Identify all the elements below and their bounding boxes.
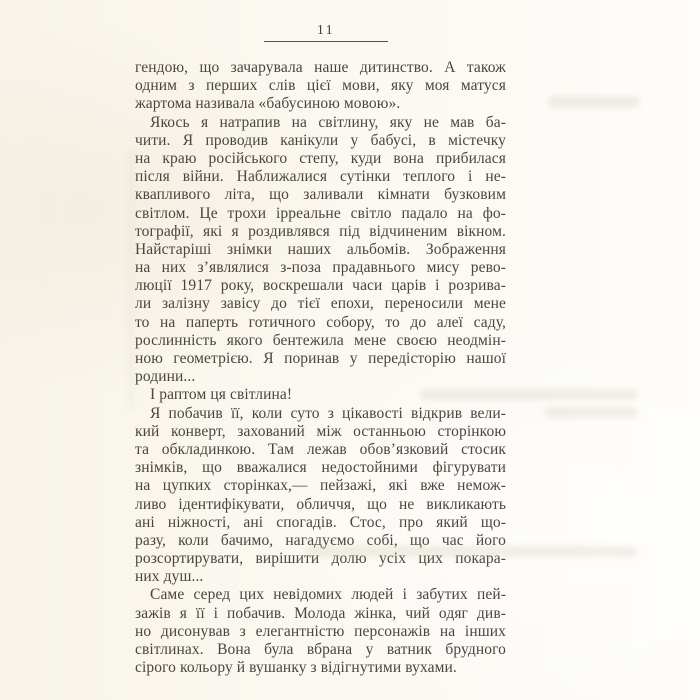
print-showthrough-artifact <box>545 407 638 418</box>
header-rule <box>264 41 388 42</box>
text-line: Саме серед цих невідомих людей і забутих… <box>135 586 506 604</box>
text-line: зажів я її і побачив. Молода жінка, чий … <box>135 605 506 623</box>
text-line: знімків, що вважалися недостойними фігур… <box>135 459 506 477</box>
text-line: рослинність якого бентежила мене своєю н… <box>135 332 506 350</box>
text-line: ли залізну завісу до тієї епохи, перенос… <box>135 295 506 313</box>
text-line: жартома називала «бабусиною мовою». <box>135 95 506 113</box>
text-line: то на паперть готичного собору, то до ал… <box>135 314 506 332</box>
print-showthrough-artifact <box>128 150 134 410</box>
text-line: родини... <box>135 368 506 386</box>
text-line: розсортирувати, вирішити долю усіх цих п… <box>135 550 506 568</box>
text-line: кий конверт, захований між останньою сто… <box>135 423 506 441</box>
text-line: ані ніжності, ані спогадів. Стос, про як… <box>135 514 506 532</box>
text-line: одним з перших слів цієї мови, яку моя м… <box>135 77 506 95</box>
text-line: но дисонував з елегантністю персонажів н… <box>135 623 506 641</box>
text-line: тографії, які я роздивлявся під відчинен… <box>135 223 506 241</box>
text-line: Найстаріші знімки наших альбомів. Зображ… <box>135 241 506 259</box>
print-showthrough-artifact <box>548 96 640 108</box>
text-line: квапливого літа, що заливали кімнати буз… <box>135 186 506 204</box>
text-line: та обкладинкою. Там лежав обов’язковий с… <box>135 441 506 459</box>
text-line: разу, коли бачимо, нагадуємо собі, що ча… <box>135 532 506 550</box>
text-line: сірого кольору й вушанку з відігнутими в… <box>135 659 506 677</box>
text-line: люції 1917 року, воскрешали часи царів і… <box>135 277 506 295</box>
text-line: Якось я натрапив на світлину, яку не мав… <box>135 114 506 132</box>
text-line: світлом. Це трохи ірреальне світло падал… <box>135 205 506 223</box>
text-line: світлинах. Вона була вбрана у ватник бру… <box>135 641 506 659</box>
text-line: на них з’являлися з-поза прадавнього мис… <box>135 259 506 277</box>
text-line: на краю російського степу, куди вона при… <box>135 150 506 168</box>
body-text: гендою, що зачарувала наше дитинство. А … <box>135 59 506 677</box>
text-line: них душ... <box>135 568 506 586</box>
text-line: ною геометрією. Я поринав у передісторію… <box>135 350 506 368</box>
book-page: 11 гендою, що зачарувала наше дитинство.… <box>0 0 700 700</box>
text-line: після війни. Наближалися сутінки теплого… <box>135 168 506 186</box>
text-line: І раптом ця світлина! <box>135 386 506 404</box>
text-line: ливо ідентифікувати, обличчя, що не викл… <box>135 496 506 514</box>
text-line: гендою, що зачарувала наше дитинство. А … <box>135 59 506 77</box>
text-line: Я побачив її, коли суто з цікавості відк… <box>135 405 506 423</box>
page-number: 11 <box>264 22 388 38</box>
text-line: на цупких сторінках,— пейзажі, які вже н… <box>135 477 506 495</box>
text-line: чити. Я проводив канікули у бабусі, в мі… <box>135 132 506 150</box>
